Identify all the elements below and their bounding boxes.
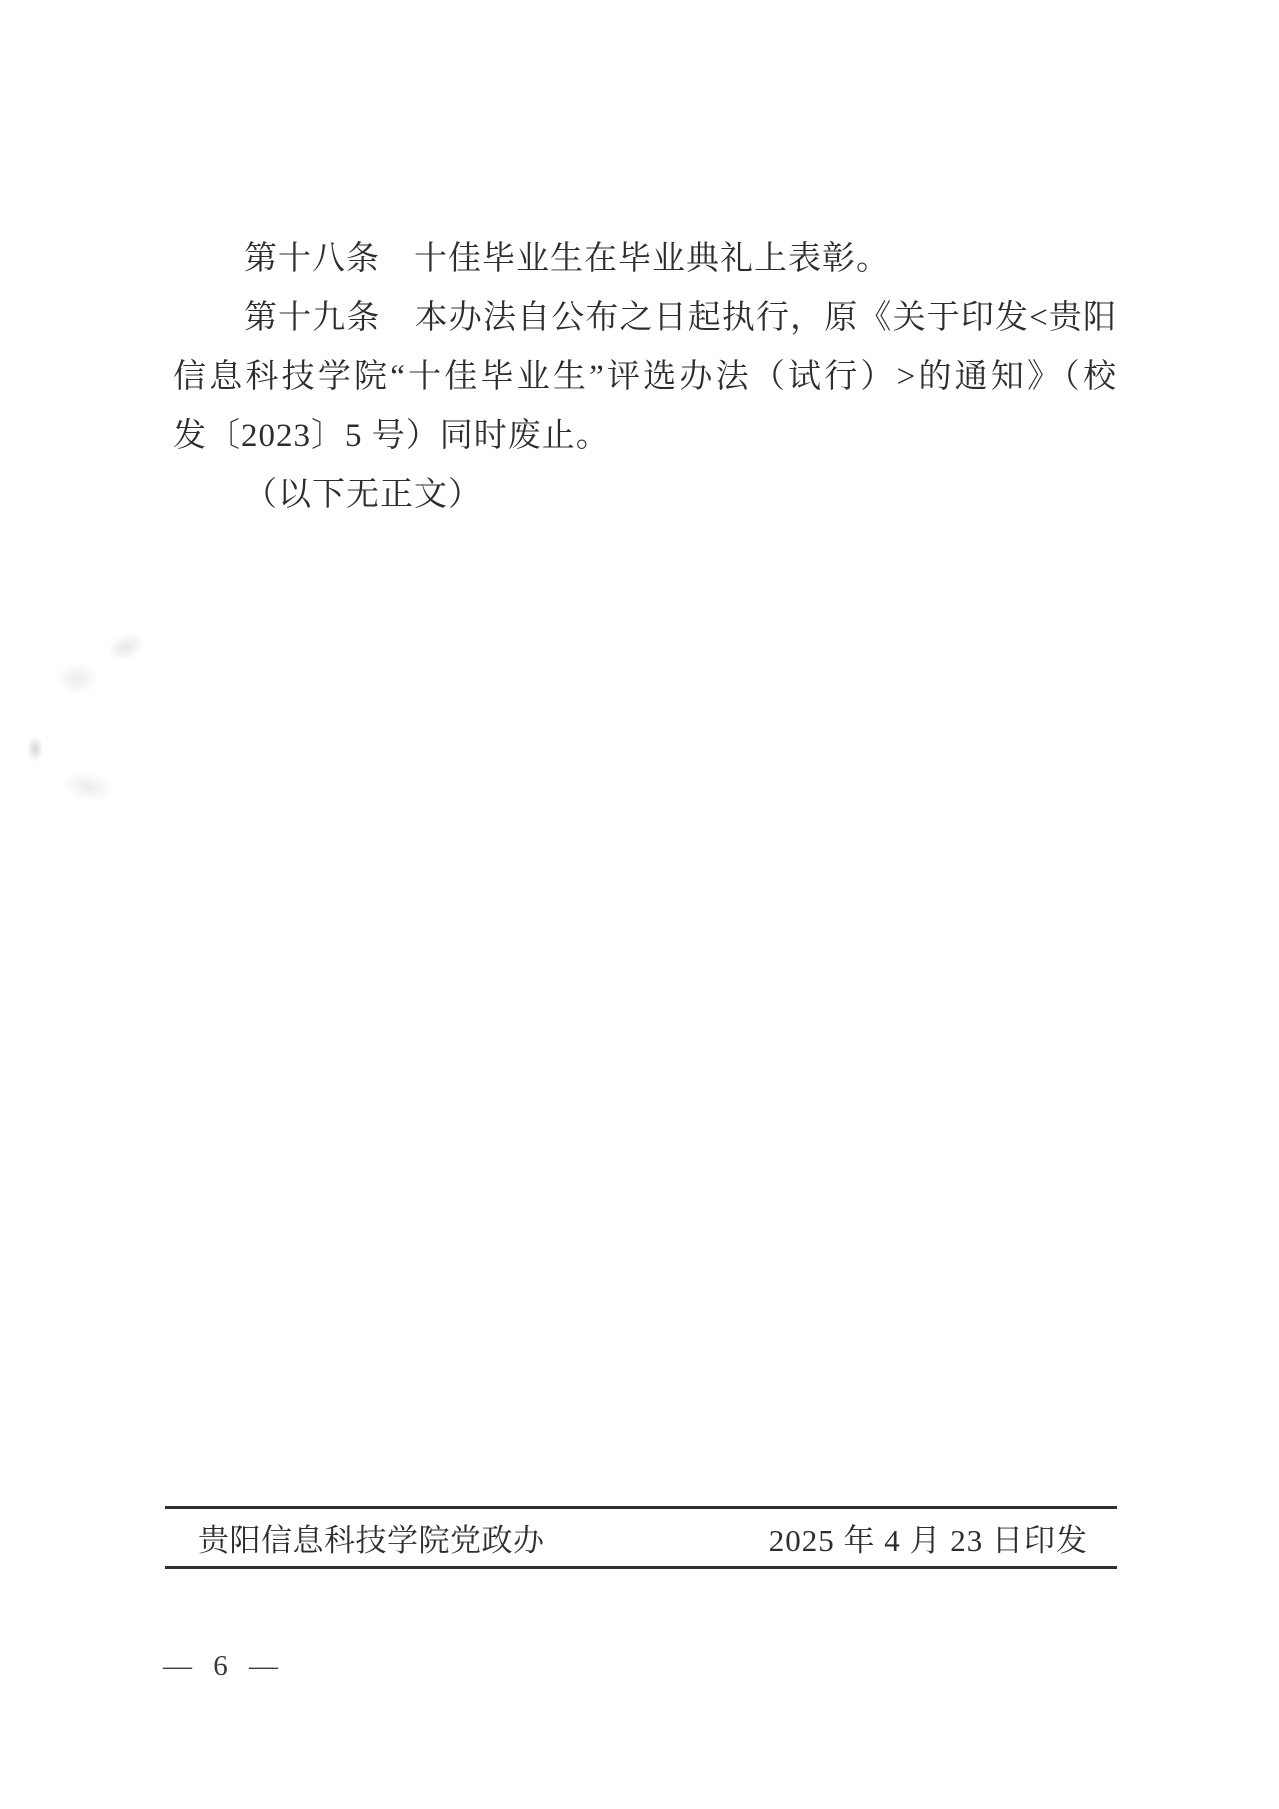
scan-artifact [57,767,118,808]
document-body: 第十八条 十佳毕业生在毕业典礼上表彰。 第十九条 本办法自公布之日起执行，原《关… [173,230,1117,525]
document-page: 第十八条 十佳毕业生在毕业典礼上表彰。 第十九条 本办法自公布之日起执行，原《关… [0,0,1279,1809]
paragraph-article-18: 第十八条 十佳毕业生在毕业典礼上表彰。 [173,230,1117,289]
page-number: — 6 — [163,1650,285,1683]
colophon-footer: 贵阳信息科技学院党政办 2025 年 4 月 23 日印发 [165,1506,1117,1569]
issuing-office: 贵阳信息科技学院党政办 [198,1515,545,1560]
scan-artifact [103,627,150,666]
paragraph-article-19-line-2: 信息科技学院“十佳毕业生”评选办法（试行）>的通知》（校 [173,348,1117,407]
paragraph-article-19-line-1: 第十九条 本办法自公布之日起执行，原《关于印发<贵阳 [173,289,1117,348]
scan-artifact [55,662,99,696]
scan-artifact [27,736,43,762]
no-body-text-notice: （以下无正文） [173,466,1117,525]
paragraph-article-19-line-3: 发〔2023〕5 号）同时废止。 [173,407,1117,466]
print-date: 2025 年 4 月 23 日印发 [769,1515,1088,1560]
